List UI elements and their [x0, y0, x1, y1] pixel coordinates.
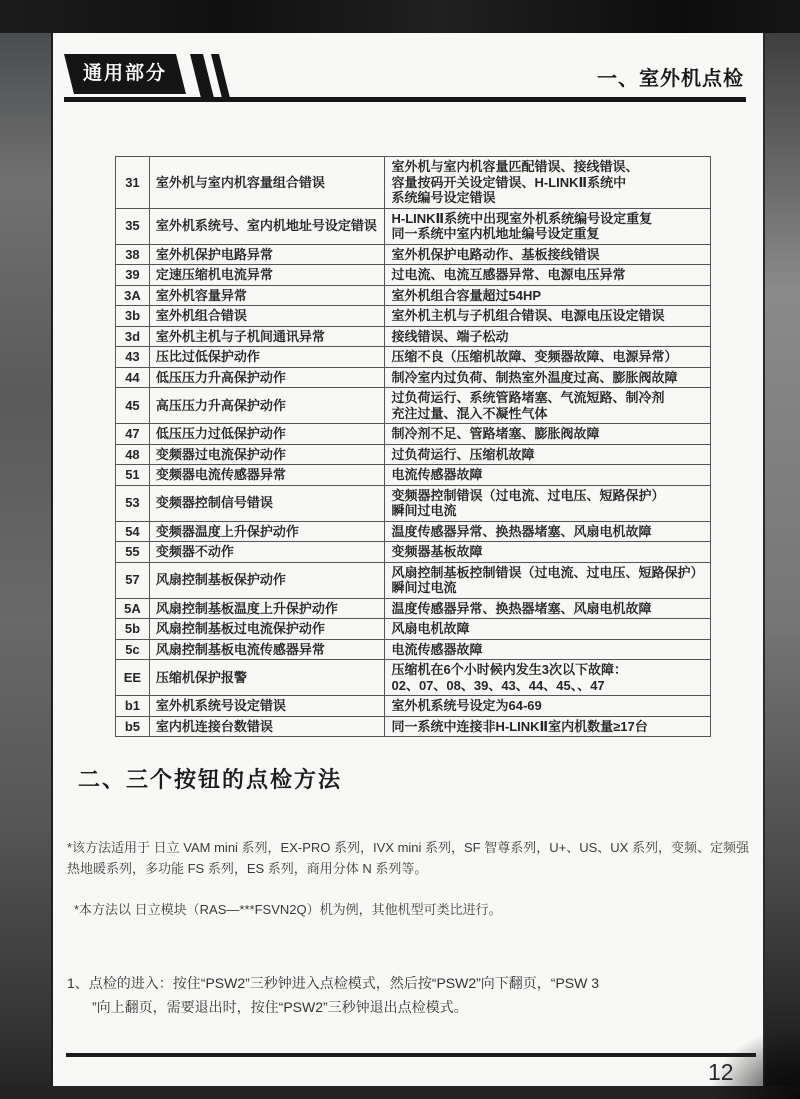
error-code: 48 — [116, 444, 150, 465]
error-code: 3b — [116, 306, 150, 327]
cause-line: 过电流、电流互感器异常、电源电压异常 — [391, 267, 704, 283]
table-row: 38室外机保护电路异常室外机保护电路动作、基板接线错误 — [116, 244, 711, 265]
table-row: 53变频器控制信号错误变频器控制错误（过电流、过电压、短路保护）瞬间过电流 — [116, 485, 711, 521]
page-title: 一、室外机点检 — [597, 62, 744, 91]
step-line: ”向上翻页，需要退出时，按住“PSW2”三秒钟退出点检模式。 — [92, 995, 599, 1019]
error-code: 53 — [116, 485, 150, 521]
error-description: 风扇控制基板电流传感器异常 — [149, 639, 385, 660]
inspection-step-1: 1、点检的进入：按住“PSW2”三秒钟进入点检模式，然后按“PSW2”向下翻页，… — [67, 971, 599, 1019]
note-line: 热地暖系列，多功能 FS 系列，ES 系列，商用分体 N 系列等。 — [67, 858, 749, 879]
cause-line: 电流传感器故障 — [391, 467, 704, 483]
fault-table-body: 31室外机与室内机容量组合错误室外机与室内机容量匹配错误、接线错误、容量按码开关… — [116, 157, 711, 737]
error-description: 风扇控制基板过电流保护动作 — [149, 619, 385, 640]
error-description: 低压压力过低保护动作 — [149, 424, 385, 445]
cause-line: 压缩机在6个小时候内发生3次以下故障： — [391, 662, 704, 678]
error-code: 45 — [116, 388, 150, 424]
error-code: 54 — [116, 521, 150, 542]
error-cause: 电流传感器故障 — [385, 465, 711, 486]
manual-page: 通用部分 一、室外机点检 31室外机与室内机容量组合错误室外机与室内机容量匹配错… — [0, 0, 800, 1099]
error-description: 压比过低保护动作 — [149, 347, 385, 368]
error-cause: 接线错误、端子松动 — [385, 326, 711, 347]
error-code: 5c — [116, 639, 150, 660]
cause-line: 制冷室内过负荷、制热室外温度过高、膨胀阀故障 — [391, 370, 704, 386]
error-code: 55 — [116, 542, 150, 563]
error-code: 35 — [116, 208, 150, 244]
error-cause: 室外机主机与子机组合错误、电源电压设定错误 — [385, 306, 711, 327]
error-description: 压缩机保护报警 — [149, 660, 385, 696]
cause-line: 同一系统中连接非H-LINKⅡ室内机数量≥17台 — [391, 719, 704, 735]
error-code: b1 — [116, 696, 150, 717]
cause-line: 室外机主机与子机组合错误、电源电压设定错误 — [391, 308, 704, 324]
error-description: 变频器温度上升保护动作 — [149, 521, 385, 542]
table-row: 31室外机与室内机容量组合错误室外机与室内机容量匹配错误、接线错误、容量按码开关… — [116, 157, 711, 209]
error-code: 31 — [116, 157, 150, 209]
cause-line: 风扇电机故障 — [391, 621, 704, 637]
error-code: 38 — [116, 244, 150, 265]
error-code: 3d — [116, 326, 150, 347]
table-row: 3A室外机容量异常室外机组合容量超过54HP — [116, 285, 711, 306]
error-description: 室外机保护电路异常 — [149, 244, 385, 265]
table-row: 55变频器不动作变频器基板故障 — [116, 542, 711, 563]
error-cause: 过负荷运行、压缩机故障 — [385, 444, 711, 465]
error-description: 变频器过电流保护动作 — [149, 444, 385, 465]
page-number: 12 — [708, 1059, 734, 1086]
tag-stripe — [190, 54, 214, 100]
error-cause: 室外机系统号设定为64-69 — [385, 696, 711, 717]
error-cause: 制冷室内过负荷、制热室外温度过高、膨胀阀故障 — [385, 367, 711, 388]
cause-line: 制冷剂不足、管路堵塞、膨胀阀故障 — [391, 426, 704, 442]
error-cause: 室外机保护电路动作、基板接线错误 — [385, 244, 711, 265]
cause-line: H-LINKⅡ系统中出现室外机系统编号设定重复 — [391, 211, 704, 227]
photo-edge-left — [0, 33, 53, 1099]
table-row: 5b风扇控制基板过电流保护动作风扇电机故障 — [116, 619, 711, 640]
error-cause: 过负荷运行、系统管路堵塞、气流短路、制冷剂充注过量、混入不凝性气体 — [385, 388, 711, 424]
error-description: 室内机连接台数错误 — [149, 716, 385, 737]
error-description: 室外机主机与子机间通讯异常 — [149, 326, 385, 347]
error-description: 低压压力升高保护动作 — [149, 367, 385, 388]
cause-line: 压缩不良（压缩机故障、变频器故障、电源异常） — [391, 349, 704, 365]
error-cause: 室外机组合容量超过54HP — [385, 285, 711, 306]
applicability-note: *该方法适用于 日立 VAM mini 系列，EX-PRO 系列，IVX min… — [67, 837, 749, 879]
tag-stripe — [211, 54, 230, 100]
error-code: b5 — [116, 716, 150, 737]
section-heading: 二、三个按钮的点检方法 — [78, 763, 342, 794]
table-row: 5A风扇控制基板温度上升保护动作温度传感器异常、换热器堵塞、风扇电机故障 — [116, 598, 711, 619]
section-tag-label: 通用部分 — [69, 54, 181, 94]
cause-line: 变频器基板故障 — [391, 544, 704, 560]
error-cause: 压缩不良（压缩机故障、变频器故障、电源异常） — [385, 347, 711, 368]
error-cause: 室外机与室内机容量匹配错误、接线错误、容量按码开关设定错误、H-LINKⅡ系统中… — [385, 157, 711, 209]
error-cause: 变频器基板故障 — [385, 542, 711, 563]
table-row: 47低压压力过低保护动作制冷剂不足、管路堵塞、膨胀阀故障 — [116, 424, 711, 445]
error-cause: 风扇控制基板控制错误（过电流、过电压、短路保护）瞬间过电流 — [385, 562, 711, 598]
error-cause: 变频器控制错误（过电流、过电压、短路保护）瞬间过电流 — [385, 485, 711, 521]
cause-line: 室外机系统号设定为64-69 — [391, 698, 704, 714]
error-code: 43 — [116, 347, 150, 368]
table-row: 43压比过低保护动作压缩不良（压缩机故障、变频器故障、电源异常） — [116, 347, 711, 368]
cause-line: 室外机与室内机容量匹配错误、接线错误、 — [391, 159, 704, 175]
error-cause: 制冷剂不足、管路堵塞、膨胀阀故障 — [385, 424, 711, 445]
error-description: 室外机容量异常 — [149, 285, 385, 306]
photo-edge-bottom — [0, 1086, 800, 1099]
cause-line: 风扇控制基板控制错误（过电流、过电压、短路保护） — [391, 565, 704, 581]
error-description: 变频器电流传感器异常 — [149, 465, 385, 486]
table-row: 57风扇控制基板保护动作风扇控制基板控制错误（过电流、过电压、短路保护）瞬间过电… — [116, 562, 711, 598]
table-row: 45高压压力升高保护动作过负荷运行、系统管路堵塞、气流短路、制冷剂充注过量、混入… — [116, 388, 711, 424]
error-code: EE — [116, 660, 150, 696]
cause-line: 瞬间过电流 — [391, 580, 704, 596]
error-description: 定速压缩机电流异常 — [149, 265, 385, 286]
error-cause: 温度传感器异常、换热器堵塞、风扇电机故障 — [385, 598, 711, 619]
error-code: 3A — [116, 285, 150, 306]
error-code: 47 — [116, 424, 150, 445]
table-row: EE压缩机保护报警压缩机在6个小时候内发生3次以下故障：02、07、08、39、… — [116, 660, 711, 696]
cause-line: 电流传感器故障 — [391, 642, 704, 658]
cause-line: 过负荷运行、压缩机故障 — [391, 447, 704, 463]
cause-line: 过负荷运行、系统管路堵塞、气流短路、制冷剂 — [391, 390, 704, 406]
error-cause: 压缩机在6个小时候内发生3次以下故障：02、07、08、39、43、44、45、… — [385, 660, 711, 696]
cause-line: 容量按码开关设定错误、H-LINKⅡ系统中 — [391, 175, 704, 191]
error-cause: 同一系统中连接非H-LINKⅡ室内机数量≥17台 — [385, 716, 711, 737]
table-row: 51变频器电流传感器异常电流传感器故障 — [116, 465, 711, 486]
table-row: 3b室外机组合错误室外机主机与子机组合错误、电源电压设定错误 — [116, 306, 711, 327]
table-row: b1室外机系统号设定错误室外机系统号设定为64-69 — [116, 696, 711, 717]
header-rule — [64, 97, 746, 102]
footer-rule — [66, 1053, 756, 1057]
error-cause: 电流传感器故障 — [385, 639, 711, 660]
example-model-note: *本方法以 日立模块（RAS—***FSVN2Q）机为例，其他机型可类比进行。 — [74, 899, 502, 920]
table-row: b5室内机连接台数错误同一系统中连接非H-LINKⅡ室内机数量≥17台 — [116, 716, 711, 737]
error-description: 风扇控制基板保护动作 — [149, 562, 385, 598]
table-row: 54变频器温度上升保护动作温度传感器异常、换热器堵塞、风扇电机故障 — [116, 521, 711, 542]
table-row: 5c风扇控制基板电流传感器异常电流传感器故障 — [116, 639, 711, 660]
table-row: 3d室外机主机与子机间通讯异常接线错误、端子松动 — [116, 326, 711, 347]
error-code: 51 — [116, 465, 150, 486]
error-code: 44 — [116, 367, 150, 388]
table-row: 35室外机系统号、室内机地址号设定错误H-LINKⅡ系统中出现室外机系统编号设定… — [116, 208, 711, 244]
cause-line: 02、07、08、39、43、44、45、、47 — [391, 678, 704, 694]
error-cause: H-LINKⅡ系统中出现室外机系统编号设定重复同一系统中室内机地址编号设定重复 — [385, 208, 711, 244]
cause-line: 温度传感器异常、换热器堵塞、风扇电机故障 — [391, 601, 704, 617]
cause-line: 充注过量、混入不凝性气体 — [391, 406, 704, 422]
fault-code-table: 31室外机与室内机容量组合错误室外机与室内机容量匹配错误、接线错误、容量按码开关… — [115, 156, 711, 737]
photo-edge-right — [763, 33, 800, 1099]
cause-line: 系统编号设定错误 — [391, 190, 704, 206]
error-cause: 温度传感器异常、换热器堵塞、风扇电机故障 — [385, 521, 711, 542]
error-cause: 过电流、电流互感器异常、电源电压异常 — [385, 265, 711, 286]
note-line: *该方法适用于 日立 VAM mini 系列，EX-PRO 系列，IVX min… — [67, 837, 749, 858]
error-description: 变频器控制信号错误 — [149, 485, 385, 521]
error-code: 39 — [116, 265, 150, 286]
error-description: 室外机系统号、室内机地址号设定错误 — [149, 208, 385, 244]
note-line: *本方法以 日立模块（RAS—***FSVN2Q）机为例，其他机型可类比进行。 — [74, 899, 502, 920]
cause-line: 瞬间过电流 — [391, 503, 704, 519]
error-description: 变频器不动作 — [149, 542, 385, 563]
error-code: 57 — [116, 562, 150, 598]
step-line: 1、点检的进入：按住“PSW2”三秒钟进入点检模式，然后按“PSW2”向下翻页，… — [67, 971, 599, 995]
cause-line: 温度传感器异常、换热器堵塞、风扇电机故障 — [391, 524, 704, 540]
error-description: 室外机组合错误 — [149, 306, 385, 327]
cause-line: 室外机组合容量超过54HP — [391, 288, 704, 304]
table-row: 39定速压缩机电流异常过电流、电流互感器异常、电源电压异常 — [116, 265, 711, 286]
error-cause: 风扇电机故障 — [385, 619, 711, 640]
error-code: 5A — [116, 598, 150, 619]
cause-line: 变频器控制错误（过电流、过电压、短路保护） — [391, 488, 704, 504]
cause-line: 室外机保护电路动作、基板接线错误 — [391, 247, 704, 263]
error-description: 风扇控制基板温度上升保护动作 — [149, 598, 385, 619]
error-code: 5b — [116, 619, 150, 640]
error-description: 室外机系统号设定错误 — [149, 696, 385, 717]
section-tag: 通用部分 — [64, 54, 186, 94]
table-row: 44低压压力升高保护动作制冷室内过负荷、制热室外温度过高、膨胀阀故障 — [116, 367, 711, 388]
error-description: 室外机与室内机容量组合错误 — [149, 157, 385, 209]
photo-edge-top — [0, 0, 800, 33]
cause-line: 同一系统中室内机地址编号设定重复 — [391, 226, 704, 242]
cause-line: 接线错误、端子松动 — [391, 329, 704, 345]
table-row: 48变频器过电流保护动作过负荷运行、压缩机故障 — [116, 444, 711, 465]
error-description: 高压压力升高保护动作 — [149, 388, 385, 424]
